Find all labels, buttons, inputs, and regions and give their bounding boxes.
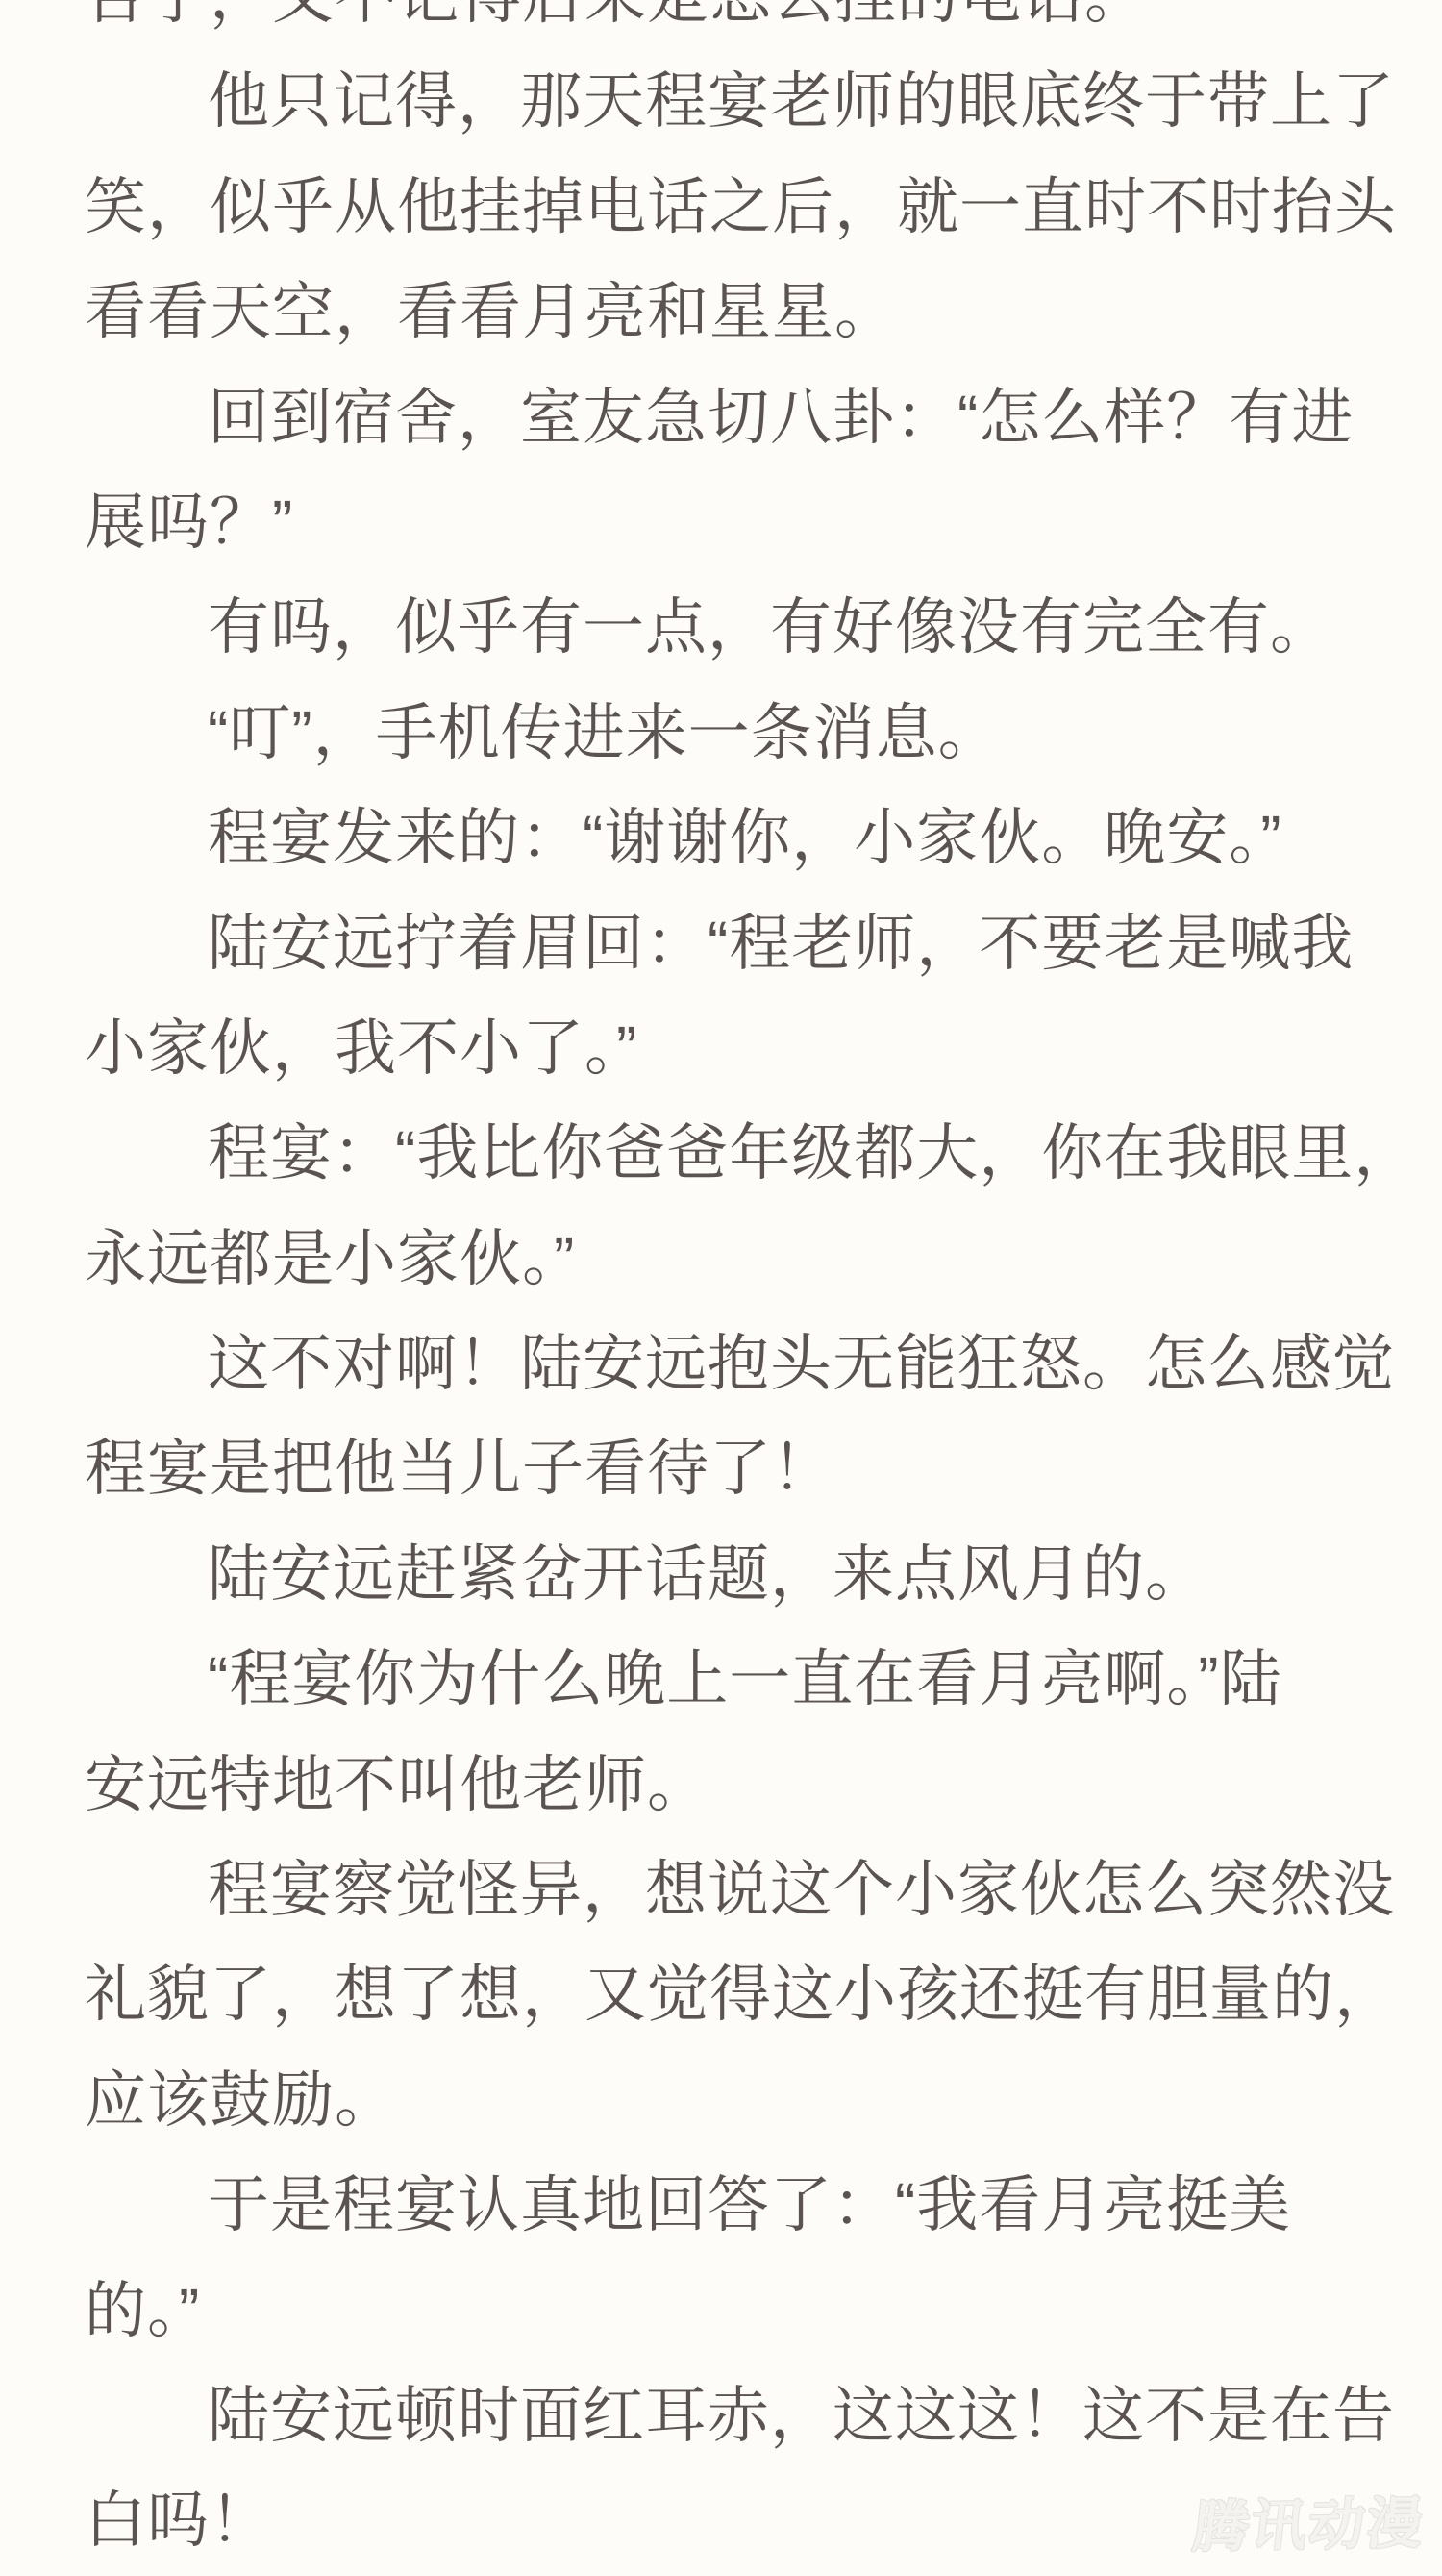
novel-page: 告了，又不记得后来是怎么挂的电话。他只记得，那天程宴老师的眼底终于带上了笑，似乎… [0, 0, 1442, 2576]
story-line: 展吗？” [85, 470, 1404, 575]
story-line: 这不对啊！陆安远抱头无能狂怒。怎么感觉 [85, 1312, 1404, 1416]
story-line: 的。” [85, 2259, 1404, 2363]
story-line: 程宴是把他当儿子看待了！ [85, 1416, 1404, 1521]
story-line: 回到宿舍，室友急切八卦：“怎么样？有进 [85, 365, 1404, 470]
story-line: 安远特地不叫他老师。 [85, 1733, 1404, 1838]
story-text: 告了，又不记得后来是怎么挂的电话。他只记得，那天程宴老师的眼底终于带上了笑，似乎… [0, 0, 1442, 2574]
story-line: 程宴察觉怪异，想说这个小家伙怎么突然没 [85, 1838, 1404, 1942]
story-line: 告了，又不记得后来是怎么挂的电话。 [85, 0, 1404, 49]
story-line: 看看天空，看看月亮和星星。 [85, 260, 1404, 364]
story-line: 笑，似乎从他挂掉电话之后，就一直时不时抬头 [85, 155, 1404, 260]
story-line: 陆安远顿时面红耳赤，这这这！这不是在告 [85, 2363, 1404, 2468]
story-line: “叮”，手机传进来一条消息。 [85, 681, 1404, 786]
story-line: 程宴发来的：“谢谢你，小家伙。晚安。” [85, 786, 1404, 890]
story-line: 于是程宴认真地回答了：“我看月亮挺美 [85, 2153, 1404, 2258]
tencent-comics-watermark: 腾讯动漫 [1189, 2478, 1429, 2563]
story-line: 应该鼓励。 [85, 2048, 1404, 2153]
story-line: 陆安远赶紧岔开话题，来点风月的。 [85, 1522, 1404, 1627]
story-line: 程宴：“我比你爸爸年级都大，你在我眼里， [85, 1101, 1404, 1206]
story-line: 他只记得，那天程宴老师的眼底终于带上了 [85, 49, 1404, 154]
story-line: 礼貌了，想了想，又觉得这小孩还挺有胆量的， [85, 1942, 1404, 2047]
story-line: “程宴你为什么晚上一直在看月亮啊。”陆 [85, 1627, 1404, 1732]
story-line: 永远都是小家伙。” [85, 1207, 1404, 1312]
story-line: 有吗，似乎有一点，有好像没有完全有。 [85, 575, 1404, 680]
story-line: 小家伙，我不小了。” [85, 996, 1404, 1101]
story-line: 陆安远拧着眉回：“程老师，不要老是喊我 [85, 891, 1404, 996]
